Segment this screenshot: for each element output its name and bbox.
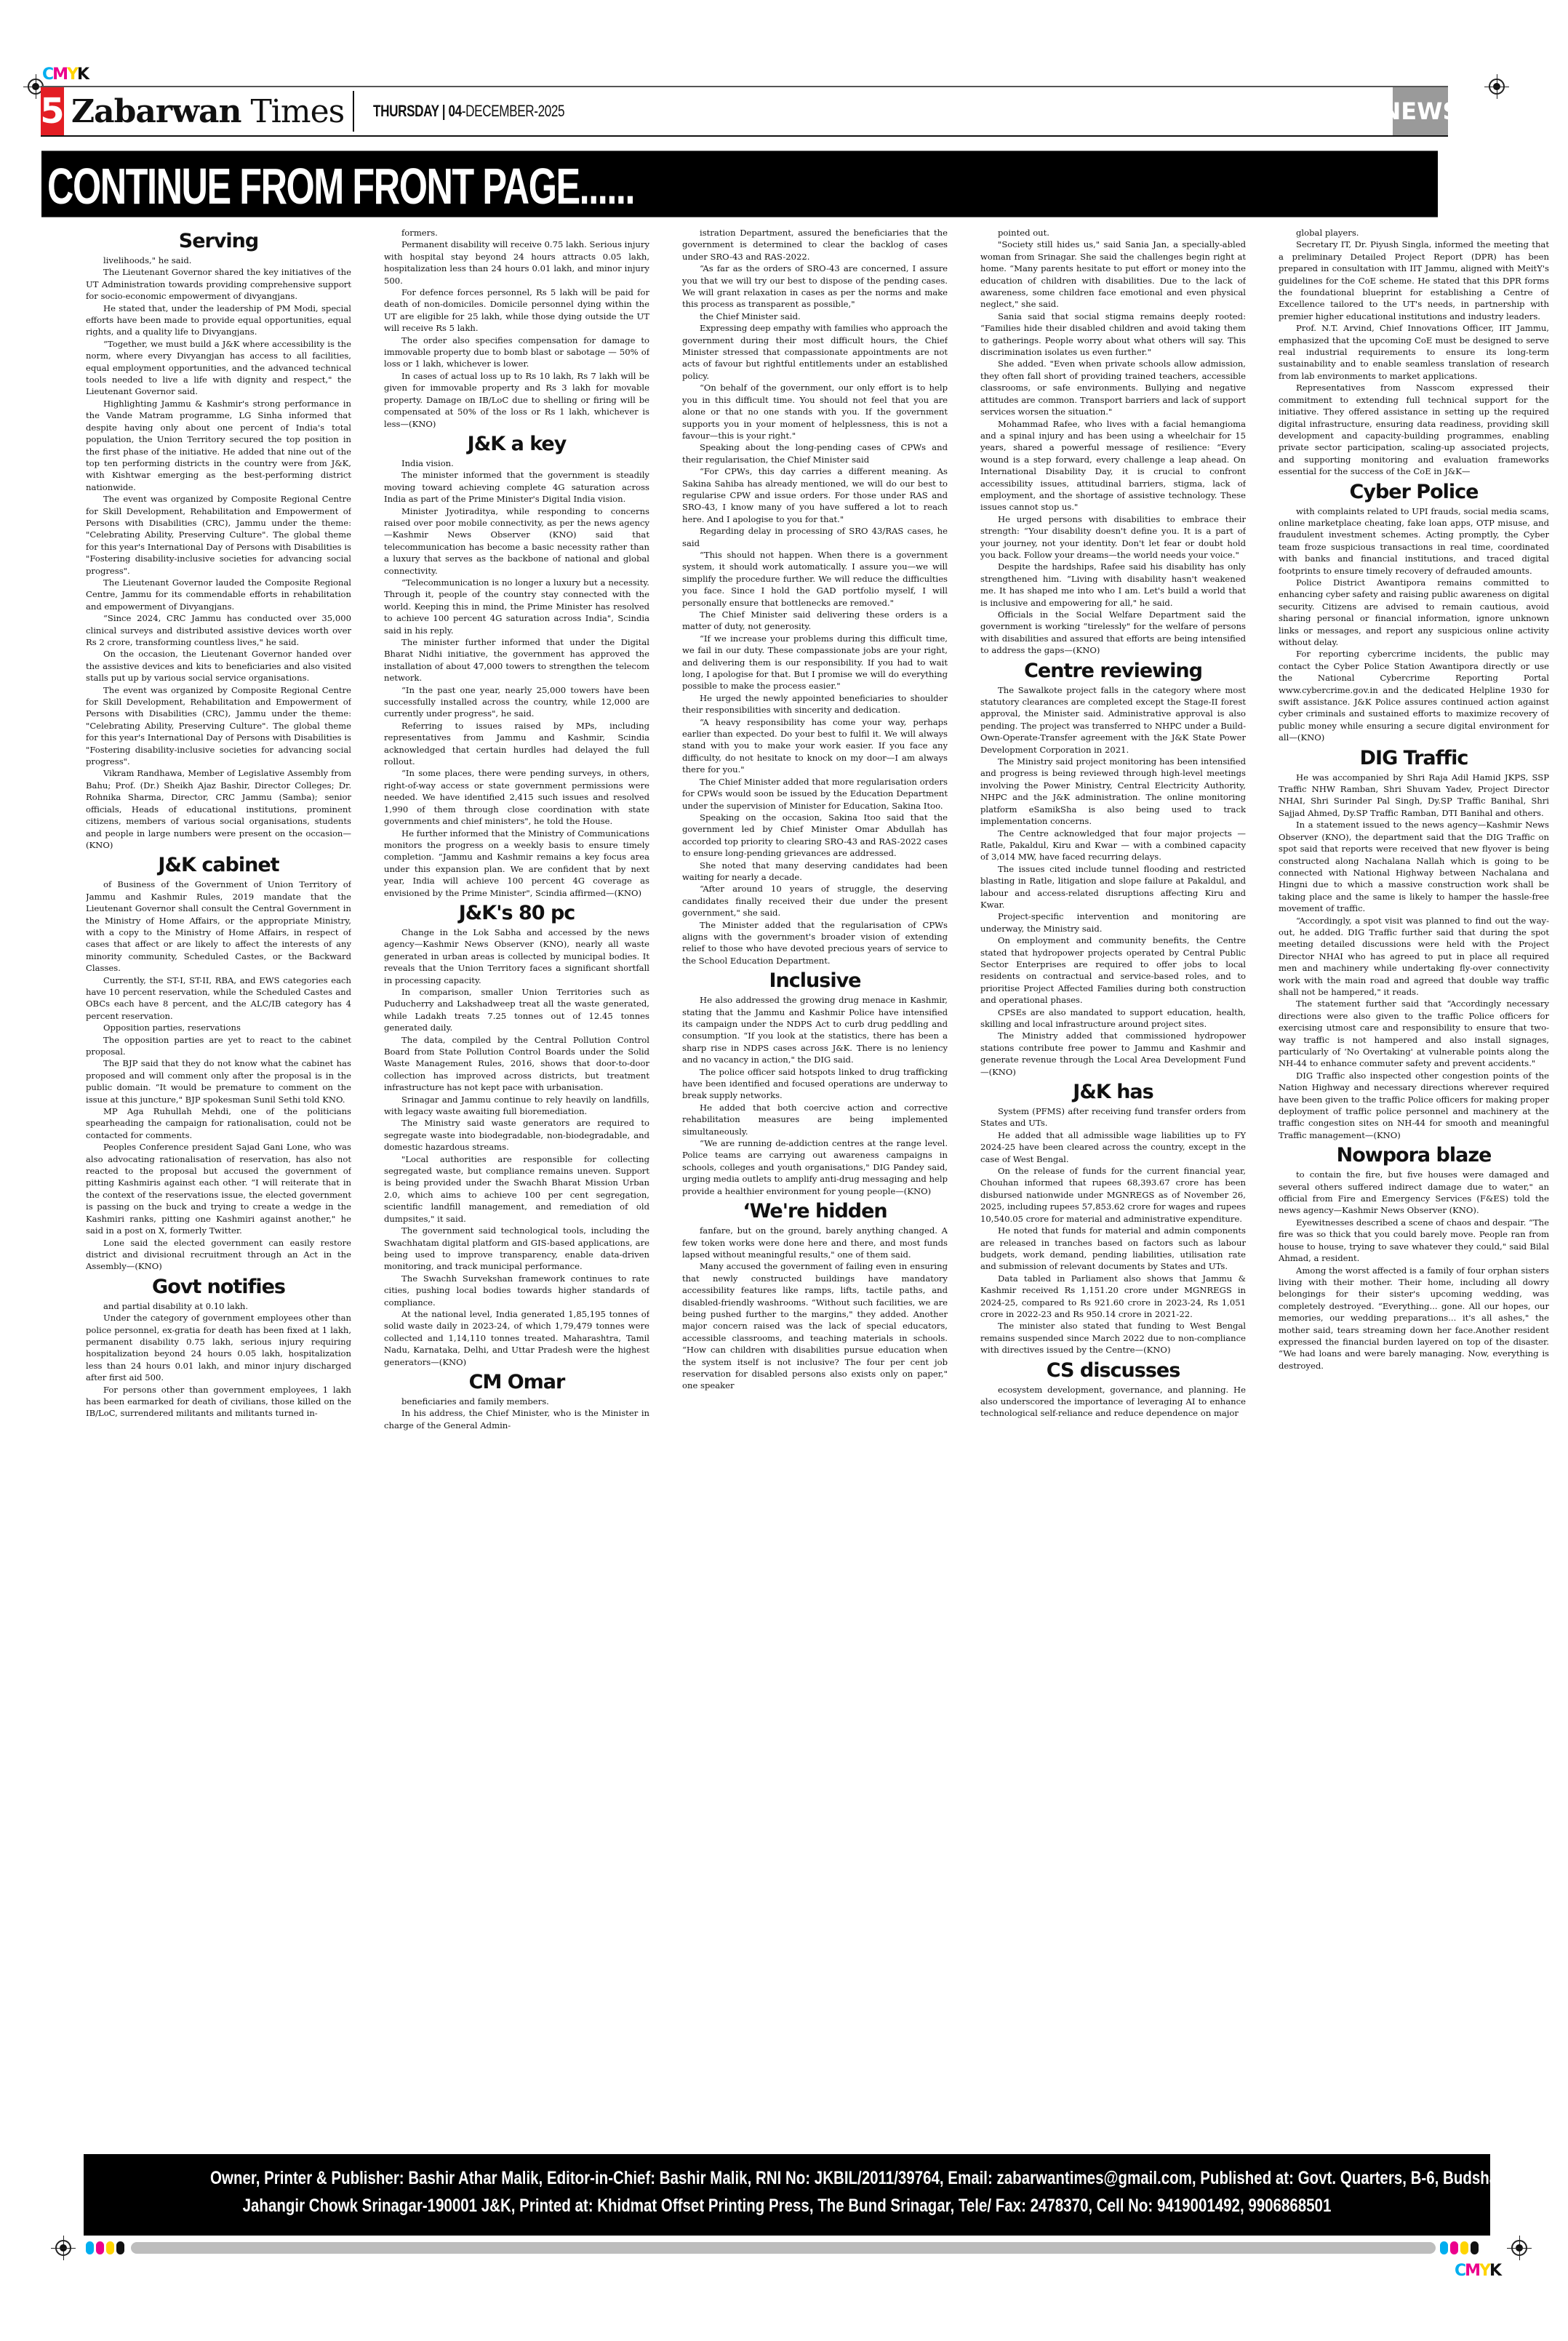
article-paragraph: formers. [384,227,649,239]
article-paragraph: of Business of the Government of Union T… [86,879,351,974]
article-paragraph: He stated that, under the leadership of … [86,303,351,338]
grey-calibration-strip [131,2242,1436,2254]
article-headline: J&K's 80 pc [384,902,649,925]
article-paragraph: The Ministry said project monitoring has… [980,756,1246,827]
dateline: THURSDAY | 04-DECEMBER-2025 [373,102,564,121]
article-paragraph: On the release of funds for the current … [980,1165,1246,1225]
article-paragraph: The BJP said that they do not know what … [86,1057,351,1105]
article-paragraph: India vision. [384,457,649,469]
article-paragraph: The Centre acknowledged that four major … [980,828,1246,863]
article-paragraph: The data, compiled by the Central Pollut… [384,1034,649,1094]
article-paragraph: "Society still hides us," said Sania Jan… [980,239,1246,310]
newspaper-name-bold: Zabarwan [71,93,241,130]
article-paragraph: beneficiaries and family members. [384,1396,649,1407]
article-paragraph: In comparison, smaller Union Territories… [384,986,649,1034]
page-number: 5 [41,87,64,135]
magenta-ink-swatch [1450,2241,1458,2254]
article-paragraph: Change in the Lok Sabha and accessed by … [384,927,649,986]
article-paragraph: istration Department, assured the benefi… [682,227,948,263]
newspaper-name-regular: Times [241,93,344,130]
cmyk-color-label-bottom: CMYK [1455,2262,1500,2280]
black-ink-swatch [116,2241,124,2254]
article-headline: CM Omar [384,1371,649,1394]
article-paragraph: The Swachh Survekshan framework continue… [384,1273,649,1308]
article-paragraph: “After around 10 years of struggle, the … [682,883,948,919]
article-paragraph: On the occasion, the Lieutenant Governor… [86,648,351,684]
article-paragraph: In his address, the Chief Minister, who … [384,1407,649,1431]
article-paragraph: “In the past one year, nearly 25,000 tow… [384,684,649,720]
article-headline: Cyber Police [1279,481,1549,504]
article-paragraph: The issues cited include tunnel flooding… [980,863,1246,911]
column-2: formers.Permanent disability will receiv… [384,227,649,2190]
article-paragraph: The Sawalkote project falls in the categ… [980,684,1246,756]
article-paragraph: Project-specific intervention and monito… [980,911,1246,935]
article-paragraph: “Together, we must build a J&K where acc… [86,338,351,398]
article-paragraph: livelihoods," he said. [86,255,351,266]
column-5: global players.Secretary IT, Dr. Piyush … [1279,227,1549,2190]
article-paragraph: “As far as the orders of SRO-43 are conc… [682,263,948,311]
article-paragraph: Eyewitnesses described a scene of chaos … [1279,1217,1549,1265]
article-paragraph: “Since 2024, CRC Jammu has conducted ove… [86,612,351,648]
article-headline: DIG Traffic [1279,747,1549,770]
article-paragraph: System (PFMS) after receiving fund trans… [980,1105,1246,1129]
article-paragraph: The event was organized by Composite Reg… [86,684,351,768]
cmyk-color-label-top: CMYK [42,65,88,84]
article-paragraph: with complaints related to UPI frauds, s… [1279,505,1549,577]
article-paragraph: ecosystem development, governance, and p… [980,1384,1246,1420]
newspaper-name: Zabarwan Times [71,93,344,130]
article-paragraph: She added. "Even when private schools al… [980,358,1246,417]
article-paragraph: DIG Traffic also inspected other congest… [1279,1070,1549,1141]
article-paragraph: He added that both coercive action and c… [682,1102,948,1137]
article-paragraph: The minister further informed that under… [384,636,649,684]
article-paragraph: The government said technological tools,… [384,1225,649,1273]
registration-mark-icon [1489,79,1505,95]
article-paragraph: Officials in the Social Welfare Departme… [980,609,1246,657]
yellow-ink-swatch [1460,2241,1468,2254]
registration-mark-icon [1511,2240,1527,2256]
article-paragraph: CPSEs are also mandated to support educa… [980,1007,1246,1031]
article-paragraph: The Minister added that the regularisati… [682,919,948,967]
article-paragraph: Police District Awantipora remains commi… [1279,577,1549,648]
column-4: pointed out."Society still hides us," sa… [980,227,1246,2190]
color-calibration-bar [86,2241,1481,2254]
magenta-ink-swatch [96,2241,104,2254]
article-paragraph: He added that all admissible wage liabil… [980,1129,1246,1165]
article-paragraph: Representatives from Nasscom expressed t… [1279,382,1549,477]
article-paragraph: For persons other than government employ… [86,1384,351,1420]
dateline-date: -DECEMBER-2025 [462,102,564,120]
cyan-ink-swatch [1440,2241,1448,2254]
article-paragraph: Regarding delay in processing of SRO 43/… [682,525,948,549]
article-paragraph: Lone said the elected government can eas… [86,1237,351,1273]
article-headline: J&K a key [384,433,649,456]
article-paragraph: The Lieutenant Governor shared the key i… [86,266,351,302]
article-paragraph: The Ministry added that commissioned hyd… [980,1030,1246,1078]
article-paragraph: He further informed that the Ministry of… [384,828,649,899]
article-paragraph: Peoples Conference president Sajad Gani … [86,1141,351,1236]
article-headline: J&K has [980,1081,1246,1104]
article-paragraph: At the national level, India generated 1… [384,1308,649,1368]
article-headline: ‘We're hidden [682,1200,948,1223]
article-paragraph: Permanent disability will receive 0.75 l… [384,239,649,287]
article-paragraph: “We are running de-addiction centres at … [682,1137,948,1197]
article-paragraph: She noted that many deserving candidates… [682,860,948,884]
article-paragraph: “If we increase your problems during thi… [682,633,948,692]
column-1: Servinglivelihoods," he said.The Lieuten… [86,227,351,2190]
article-paragraph: “In some places, there were pending surv… [384,767,649,827]
article-paragraph: Vikram Randhawa, Member of Legislative A… [86,767,351,851]
article-headline: Serving [86,230,351,253]
masthead: 5 Zabarwan Times THURSDAY | 04-DECEMBER-… [41,86,1448,137]
registration-mark-icon [55,2240,71,2256]
article-paragraph: the Chief Minister said. [682,311,948,322]
article-headline: Inclusive [682,969,948,993]
article-headline: Centre reviewing [980,660,1246,683]
article-headline: Nowpora blaze [1279,1144,1549,1167]
article-paragraph: He noted that funds for material and adm… [980,1225,1246,1273]
article-paragraph: The statement further said that “Accordi… [1279,998,1549,1069]
yellow-ink-swatch [106,2241,114,2254]
article-paragraph: The Ministry said waste generators are r… [384,1117,649,1153]
article-paragraph: For reporting cybercrime incidents, the … [1279,648,1549,743]
article-headline: CS discusses [980,1359,1246,1382]
article-paragraph: "Local authorities are responsible for c… [384,1153,649,1225]
article-paragraph: The Lieutenant Governor lauded the Compo… [86,577,351,612]
article-paragraph: The police officer said hotspots linked … [682,1066,948,1102]
article-paragraph: MP Aga Ruhullah Mehdi, one of the politi… [86,1105,351,1141]
article-paragraph: global players. [1279,227,1549,239]
dateline-day: THURSDAY | 04 [373,102,462,120]
article-paragraph: “This should not happen. When there is a… [682,549,948,609]
article-paragraph: He urged the newly appointed beneficiari… [682,692,948,716]
article-paragraph: Referring to issues raised by MPs, inclu… [384,720,649,768]
article-paragraph: Currently, the ST-I, ST-II, RBA, and EWS… [86,975,351,1023]
column-3: istration Department, assured the benefi… [682,227,948,2190]
article-paragraph: Secretary IT, Dr. Piyush Singla, informe… [1279,239,1549,322]
article-headline: Govt notifies [86,1276,351,1299]
section-tag: NEWS [1393,87,1448,135]
article-paragraph: For defence forces personnel, Rs 5 lakh … [384,287,649,335]
article-paragraph: On employment and community benefits, th… [980,935,1246,1006]
article-paragraph: The event was organized by Composite Reg… [86,493,351,577]
article-paragraph: Minister Jyotiraditya, while responding … [384,505,649,577]
article-paragraph: In a statement issued to the news agency… [1279,819,1549,914]
article-columns: Servinglivelihoods," he said.The Lieuten… [86,227,1510,2190]
article-paragraph: The order also specifies compensation fo… [384,335,649,370]
article-paragraph: Opposition parties, reservations [86,1022,351,1033]
article-paragraph: fanfare, but on the ground, barely anyth… [682,1225,948,1260]
article-paragraph: Despite the hardships, Rafee said his di… [980,561,1246,609]
article-paragraph: The Chief Minister added that more regul… [682,776,948,812]
article-paragraph: Speaking on the occasion, Sakina Itoo sa… [682,812,948,860]
banner-title: CONTINUE FROM FRONT PAGE...... [47,157,634,215]
article-paragraph: In cases of actual loss up to Rs 10 lakh… [384,370,649,430]
article-paragraph: The Chief Minister said delivering these… [682,609,948,633]
article-paragraph: The minister informed that the governmen… [384,469,649,505]
article-paragraph: The opposition parties are yet to react … [86,1034,351,1058]
imprint-footer: Owner, Printer & Publisher: Bashir Athar… [84,2154,1490,2236]
article-paragraph: He urged persons with disabilities to em… [980,513,1246,561]
article-paragraph: Expressing deep empathy with families wh… [682,322,948,382]
article-paragraph: Prof. N.T. Arvind, Chief Innovations Off… [1279,322,1549,382]
article-paragraph: Data tabled in Parliament also shows tha… [980,1273,1246,1321]
article-paragraph: “Accordingly, a spot visit was planned t… [1279,915,1549,999]
article-paragraph: “A heavy responsibility has come your wa… [682,716,948,776]
article-paragraph: “On behalf of the government, our only e… [682,382,948,441]
article-paragraph: He also addressed the growing drug menac… [682,994,948,1065]
article-paragraph: Many accused the government of failing e… [682,1260,948,1391]
section-banner: CONTINUE FROM FRONT PAGE...... [41,151,1438,217]
article-paragraph: Under the category of government employe… [86,1312,351,1383]
black-ink-swatch [1471,2241,1479,2254]
article-paragraph: “Telecommunication is no longer a luxury… [384,577,649,636]
article-paragraph: pointed out. [980,227,1246,239]
imprint-line-1: Owner, Printer & Publisher: Bashir Athar… [210,2164,1364,2192]
article-paragraph: Speaking about the long-pending cases of… [682,441,948,465]
article-paragraph: and partial disability at 0.10 lakh. [86,1300,351,1312]
article-paragraph: “For CPWs, this day carries a different … [682,465,948,525]
article-paragraph: Srinagar and Jammu continue to rely heav… [384,1094,649,1118]
article-paragraph: to contain the fire, but five houses wer… [1279,1169,1549,1217]
article-paragraph: Sania said that social stigma remains de… [980,311,1246,359]
imprint-line-2: Jahangir Chowk Srinagar-190001 J&K, Prin… [210,2192,1364,2220]
cyan-ink-swatch [86,2241,94,2254]
article-paragraph: Among the worst affected is a family of … [1279,1265,1549,1372]
article-paragraph: The minister also stated that funding to… [980,1320,1246,1356]
article-headline: J&K cabinet [86,854,351,877]
masthead-divider [353,91,354,132]
article-paragraph: Mohammad Rafee, who lives with a facial … [980,418,1246,513]
article-paragraph: He was accompanied by Shri Raja Adil Ham… [1279,772,1549,820]
article-paragraph: Highlighting Jammu & Kashmir's strong pe… [86,398,351,493]
